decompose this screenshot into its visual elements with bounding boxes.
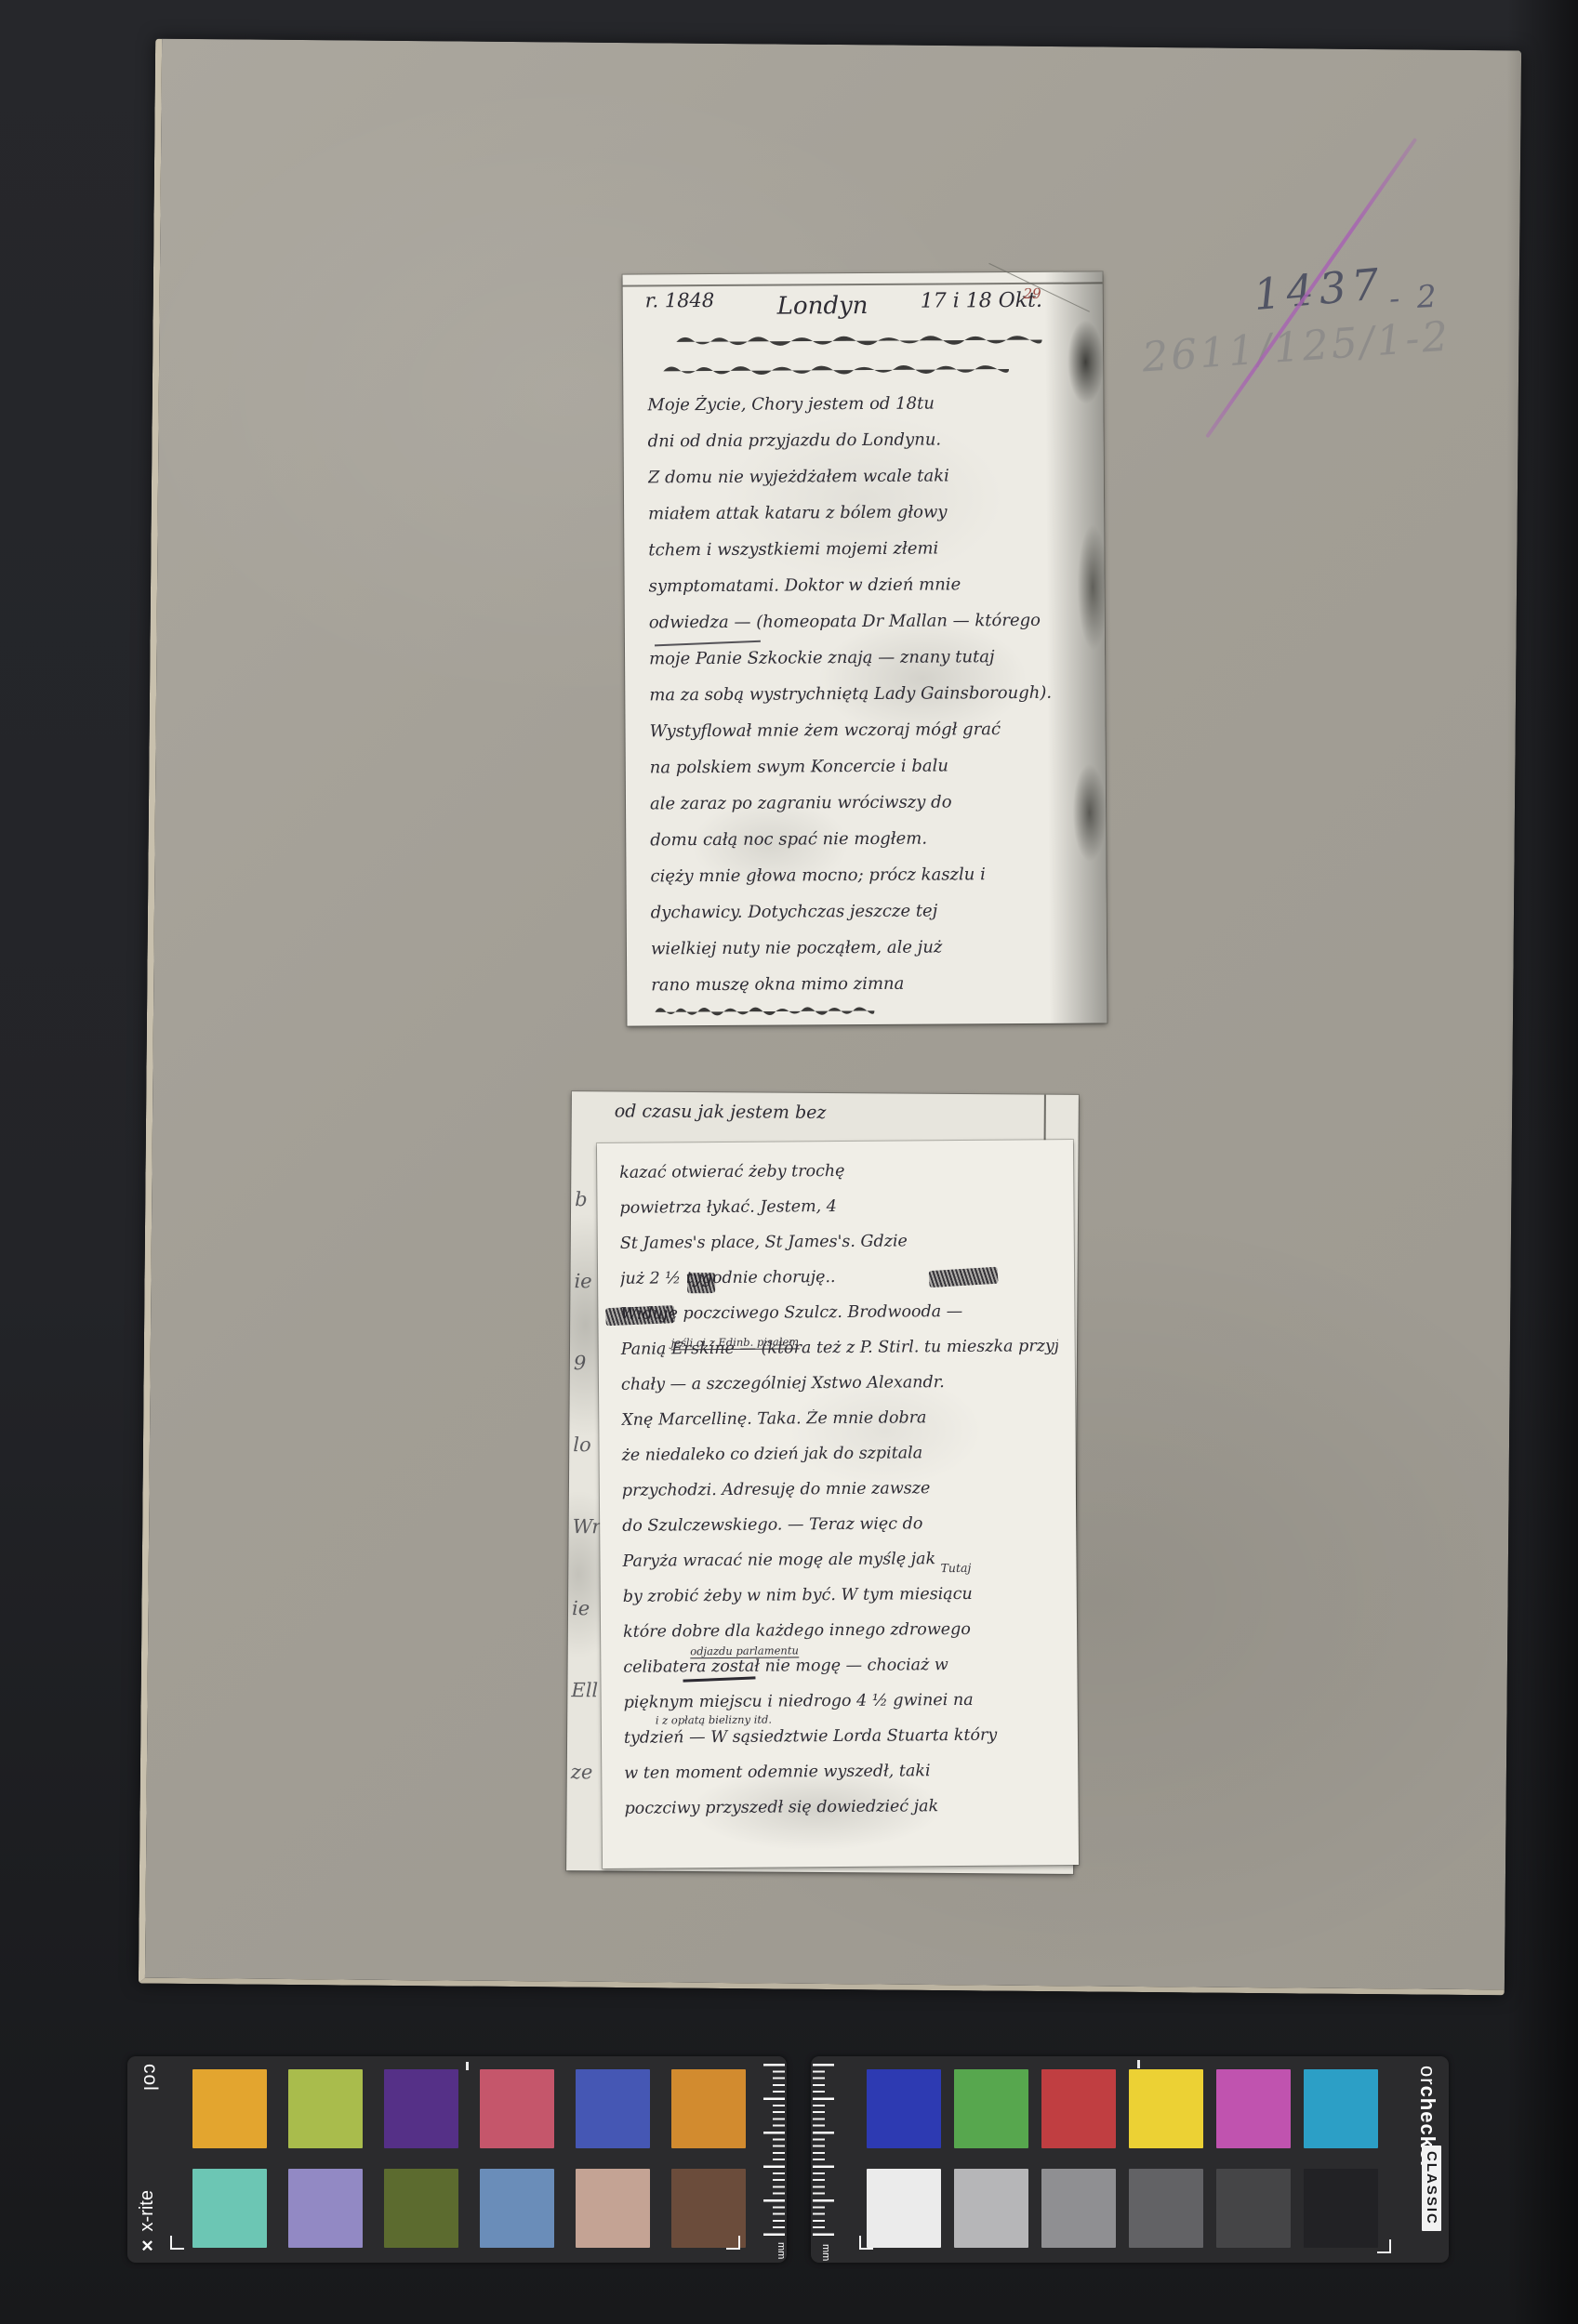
underlay-top-line: od czasu jak jestem bez bbox=[615, 1101, 827, 1123]
patch-row bbox=[192, 2069, 746, 2148]
handwriting-line: dni od dnia przyjazdu do Londynu. bbox=[648, 429, 1078, 469]
mm-ruler: mm bbox=[813, 2064, 837, 2238]
handwriting-line: Paryża wracać nie mogę ale myślę jak bbox=[622, 1549, 1059, 1588]
patch-row bbox=[867, 2169, 1378, 2248]
xrite-brand-text: x-rite bbox=[137, 2190, 158, 2231]
color-patch bbox=[1216, 2069, 1291, 2148]
illegible-cut-line bbox=[653, 1002, 876, 1016]
corner-mark bbox=[170, 2236, 184, 2250]
ruler-ticks-large bbox=[813, 2064, 834, 2238]
color-patch bbox=[288, 2069, 363, 2148]
patch-row bbox=[867, 2069, 1378, 2148]
color-patch bbox=[1304, 2069, 1378, 2148]
color-patch bbox=[192, 2169, 267, 2248]
color-patch bbox=[1041, 2169, 1116, 2248]
handwriting-line: Z domu nie wyjeżdżałem wcale taki bbox=[648, 466, 1078, 505]
handwriting-line: tydzień — W sąsiedztwie Lorda Stuarta kt… bbox=[624, 1725, 1061, 1764]
letter1-body: Moje Życie, Chory jestem od 18tudni od d… bbox=[647, 393, 1081, 1012]
letter1-year: r. 1848 bbox=[645, 289, 715, 311]
handwriting-line: tchem i wszystkiemi mojemi złemi bbox=[648, 538, 1078, 577]
xrite-x-icon: ✕ bbox=[139, 2235, 157, 2253]
handwriting-line: Moje Życie, Chory jestem od 18tu bbox=[647, 393, 1077, 432]
ruler-ticks-large bbox=[763, 2064, 785, 2238]
handwriting-line: Widuję poczciwego Szulcz. Brodwooda — bbox=[620, 1301, 1057, 1340]
interline-note-tutaj: Tutaj bbox=[940, 1561, 971, 1575]
letter2-body: kazać otwierać żeby trochępowietrza łyka… bbox=[619, 1160, 1062, 1835]
handwriting-line: kazać otwierać żeby trochę bbox=[619, 1160, 1056, 1199]
interline-note-parliament: odjazdu parlamentu bbox=[690, 1644, 799, 1658]
registration-mark bbox=[1137, 2060, 1140, 2068]
interline-note-edinburgh: jeśli ci z Edinb. pisałem bbox=[671, 1335, 800, 1350]
color-patch bbox=[384, 2169, 458, 2248]
ink-scribble bbox=[687, 1273, 715, 1293]
color-patch bbox=[1129, 2169, 1203, 2248]
photo-letter-2-page: kazać otwierać żeby trochępowietrza łyka… bbox=[597, 1140, 1079, 1868]
interline-note-laundry: i z opłatą bielizny itd. bbox=[656, 1713, 772, 1727]
margin-fragment: ze bbox=[570, 1761, 603, 1842]
handwriting-line: w ten moment odemnie wyszedł, taki bbox=[624, 1761, 1061, 1800]
color-patch bbox=[1304, 2169, 1378, 2248]
handwriting-line: wielkiej nuty nie począłem, ale już bbox=[651, 937, 1081, 976]
handwriting-line: że niedaleko co dzień jak do szpitala bbox=[622, 1443, 1059, 1482]
color-patch bbox=[576, 2169, 650, 2248]
handwriting-line: Wystyflował mnie żem wczoraj mógł grać bbox=[649, 720, 1079, 759]
corner-note-number: 29 bbox=[1024, 285, 1041, 302]
pencil-catalog-suffix: - 2 bbox=[1388, 278, 1441, 317]
handwriting-line: powietrza łykać. Jestem, 4 bbox=[619, 1195, 1056, 1235]
handwriting-line: ale zaraz po zagraniu wróciwszy do bbox=[650, 792, 1080, 831]
corner-mark bbox=[726, 2236, 740, 2250]
registration-mark bbox=[466, 2062, 469, 2070]
color-patch bbox=[1216, 2169, 1291, 2248]
color-patch bbox=[576, 2069, 650, 2148]
colorchecker-left-strip: col ✕ x-rite mm bbox=[127, 2056, 787, 2263]
illegible-offset-handwriting bbox=[673, 330, 1045, 347]
color-patch bbox=[954, 2169, 1028, 2248]
patch-grid bbox=[192, 2069, 746, 2248]
handwriting-line: St James's place, St James's. Gdzie bbox=[620, 1231, 1057, 1270]
color-patch bbox=[480, 2169, 554, 2248]
handwriting-line: miałem attak kataru z bólem głowy bbox=[648, 502, 1078, 541]
ruler-unit-label: mm bbox=[820, 2244, 831, 2261]
color-patch bbox=[954, 2069, 1028, 2148]
color-patch bbox=[867, 2169, 941, 2248]
brand-light: or bbox=[1416, 2066, 1439, 2086]
handwriting-line: cięży mnie głowa mocno; prócz kaszlu i bbox=[650, 865, 1080, 904]
corner-mark bbox=[1377, 2239, 1391, 2253]
handwriting-line: chały — a szczególniej Xstwo Alexandr. bbox=[621, 1372, 1058, 1411]
color-patch bbox=[1129, 2069, 1203, 2148]
handwriting-line: przychodzi. Adresuję do mnie zawsze bbox=[622, 1478, 1059, 1517]
handwriting-line: domu całą noc spać nie mogłem. bbox=[650, 828, 1080, 867]
photo-letter-1: r. 1848 Londyn 17 i 18 Okt. 29 Moje Życi… bbox=[623, 271, 1107, 1025]
handwriting-line: które dobre dla każdego innego zdrowego bbox=[623, 1619, 1060, 1658]
classic-label: CLASSIC bbox=[1422, 2146, 1441, 2231]
patch-grid bbox=[867, 2069, 1378, 2248]
margin-fragment: Ell bbox=[571, 1679, 603, 1761]
ruler-unit-label: mm bbox=[776, 2242, 787, 2259]
colorchecker-brand-fragment: col bbox=[139, 2064, 161, 2092]
patch-row bbox=[192, 2169, 746, 2248]
ink-scribble bbox=[605, 1305, 675, 1326]
handwriting-line: Xnę Marcellinę. Taka. Że mnie dobra bbox=[621, 1407, 1058, 1446]
letter1-place: Londyn bbox=[777, 292, 869, 321]
colorchecker-right-strip: orchecker CLASSIC mm bbox=[811, 2056, 1449, 2263]
handwriting-line: moje Panie Szkockie znają — znany tutaj bbox=[649, 647, 1079, 686]
color-patch bbox=[288, 2169, 363, 2248]
color-patch bbox=[192, 2069, 267, 2148]
margin-fragment: ie bbox=[572, 1597, 604, 1679]
illegible-offset-handwriting bbox=[660, 360, 1012, 376]
color-patch bbox=[384, 2069, 458, 2148]
color-patch bbox=[480, 2069, 554, 2148]
handwriting-line: symptomatami. Doktor w dzień mnie bbox=[649, 574, 1079, 614]
handwriting-line: poczciwy przyszedł się dowiedzieć jak bbox=[624, 1796, 1061, 1835]
color-patch bbox=[867, 2069, 941, 2148]
corner-mark bbox=[859, 2236, 873, 2250]
handwriting-line: na polskiem swym Koncercie i balu bbox=[650, 756, 1080, 795]
handwriting-line: celibatera został nie mogę — chociaż w bbox=[623, 1655, 1060, 1694]
handwriting-line: by zrobić żeby w nim być. W tym miesiącu bbox=[623, 1584, 1060, 1623]
xrite-wordmark: ✕ x-rite bbox=[137, 2190, 158, 2253]
photograph-stage: 1437 - 2 2611/125/1-2 r. 1848 Londyn 17 … bbox=[0, 0, 1578, 2324]
color-patch bbox=[1041, 2069, 1116, 2148]
color-patch bbox=[671, 2069, 746, 2148]
handwriting-line: ma za sobą wystrychniętą Lady Gainsborou… bbox=[649, 683, 1079, 722]
handwriting-line: do Szulczewskiego. — Teraz więc do bbox=[622, 1513, 1059, 1552]
mm-ruler: mm bbox=[761, 2064, 785, 2238]
handwriting-line: dychawicy. Dotychczas jeszcze tej bbox=[651, 901, 1081, 940]
